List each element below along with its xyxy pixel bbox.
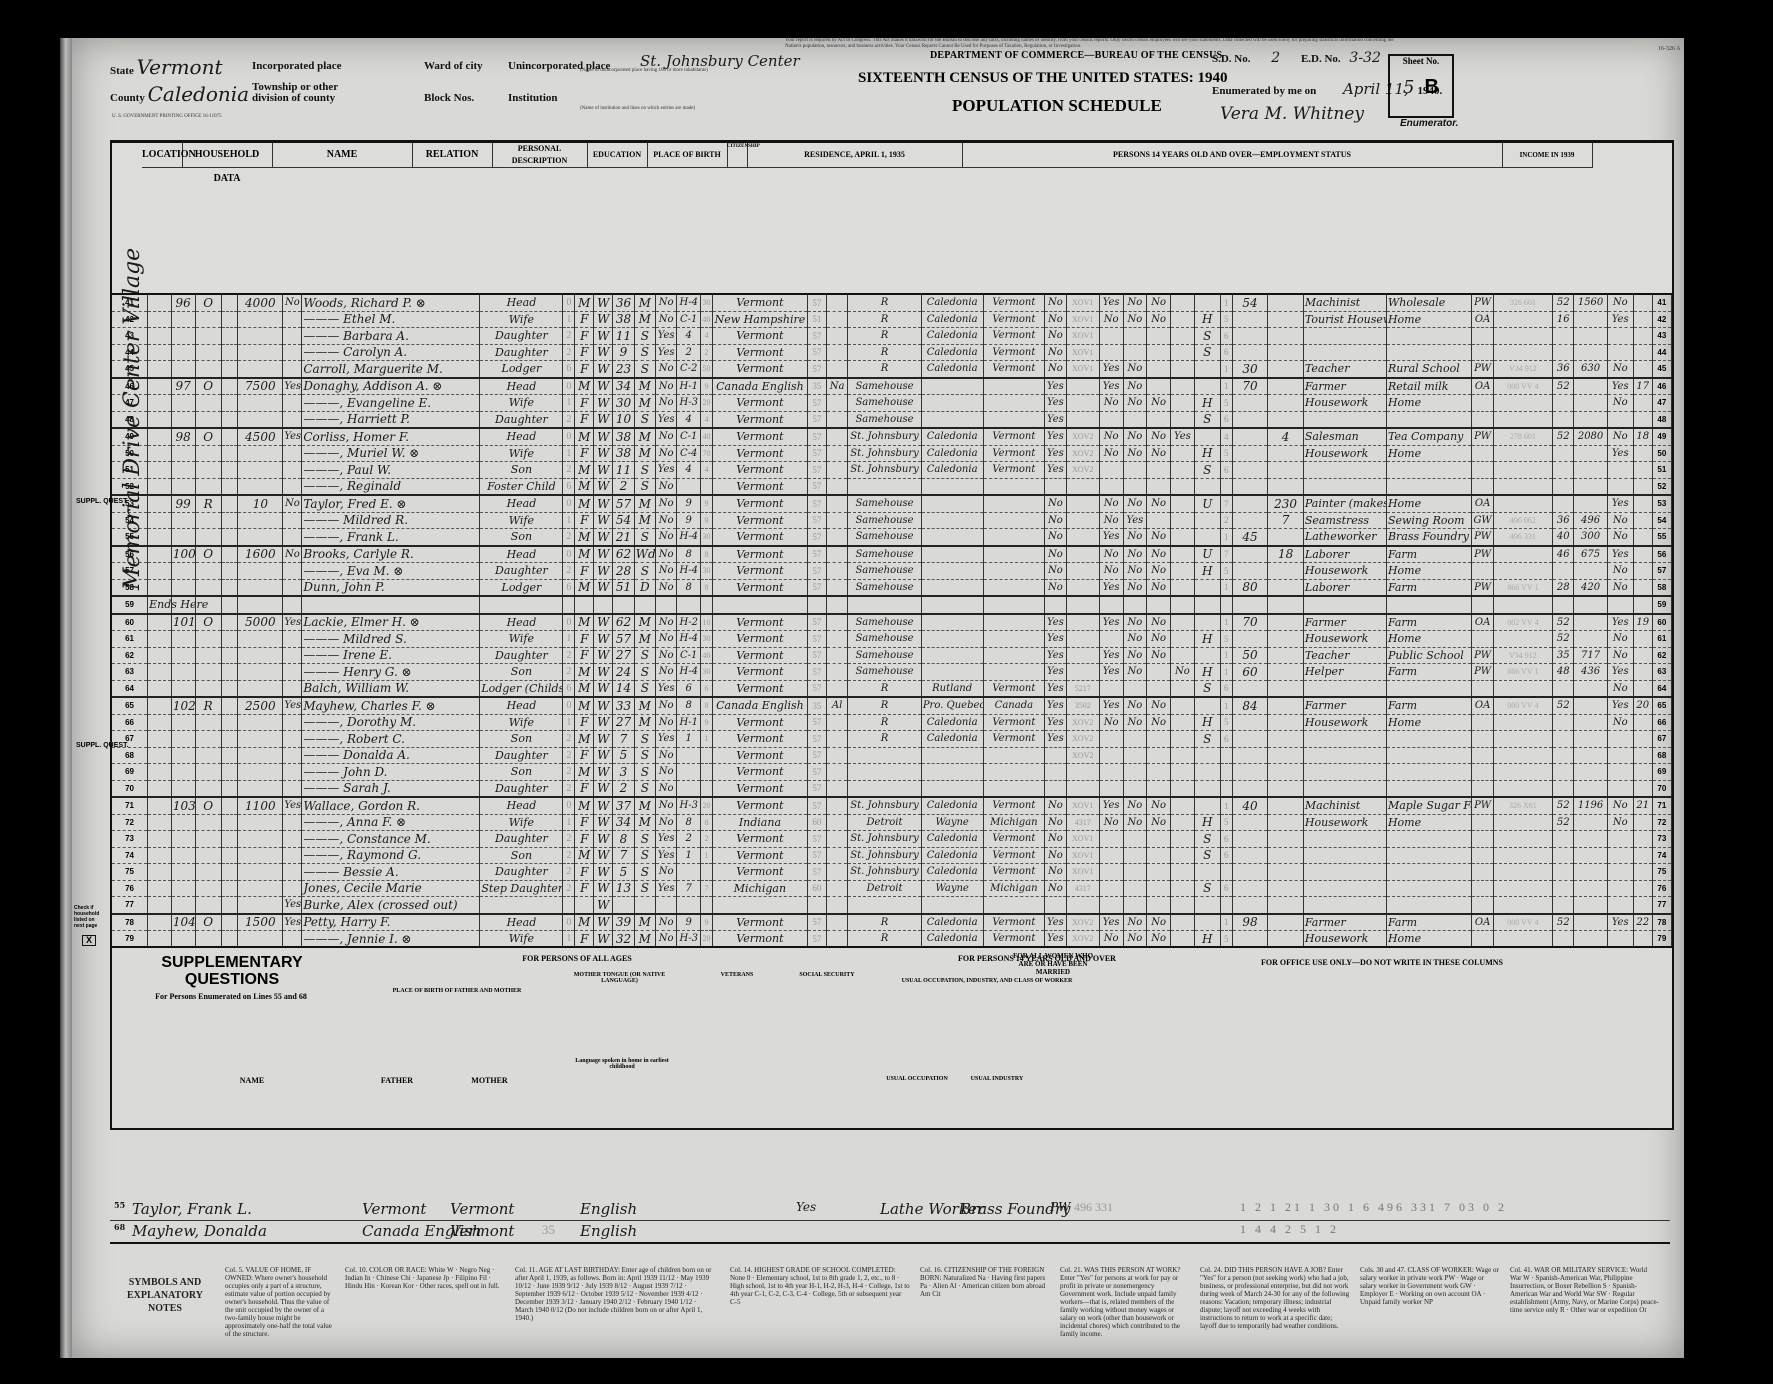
street-cell: [148, 462, 172, 479]
citizenship-cell: [826, 579, 847, 596]
weeks-unemployed-cell: [1268, 411, 1304, 428]
residence-county-cell: [921, 512, 983, 529]
grade-completed-cell: 8: [677, 546, 701, 563]
class-of-worker-cell: [1472, 880, 1493, 897]
had-job-cell: [1171, 764, 1195, 781]
person-name-cell: Corliss, Homer F.: [302, 428, 480, 445]
house-number-cell: [171, 864, 195, 881]
industry-cell: Farm: [1386, 579, 1471, 596]
department-title: DEPARTMENT OF COMMERCE—BUREAU OF THE CEN…: [930, 50, 1222, 61]
grade-completed-cell: [677, 864, 701, 881]
birthplace-code-cell: 57: [807, 731, 826, 748]
industry-cell: Tea Company: [1386, 428, 1471, 445]
unincorporated-note: (Name of unincorporated place having 100…: [580, 68, 708, 74]
grade-completed-cell: H-2: [677, 614, 701, 631]
census-row: 45 Carroll, Marguerite M. Lodger 6 F W 2…: [112, 361, 1672, 378]
at-work-cell: Yes: [1099, 647, 1123, 664]
person-name-cell: ———, Dorothy M.: [302, 714, 480, 731]
person-name-cell: Petty, Harry F.: [302, 914, 480, 931]
sex-cell: F: [575, 344, 594, 361]
education-code-cell: 70: [701, 445, 713, 462]
birthplace-code-cell: 57: [807, 295, 826, 311]
line-number-right: 43: [1652, 328, 1671, 345]
farm-cell: [283, 328, 302, 345]
owned-rented-cell: R: [195, 495, 221, 512]
farm-schedule-cell: [1633, 596, 1652, 614]
relation-code-cell: 0: [563, 797, 575, 814]
activity-cell: [1194, 478, 1220, 495]
at-work-cell: [1099, 344, 1123, 361]
farm-cell: [283, 596, 302, 614]
occupation-cell: Machinist: [1303, 295, 1386, 311]
farm-schedule-cell: [1633, 764, 1652, 781]
class-of-worker-cell: GW: [1472, 512, 1493, 529]
occupation-code-cell: 000 VV 4: [1493, 914, 1552, 931]
sex-cell: M: [575, 664, 594, 681]
weeks-worked-cell: [1553, 747, 1574, 764]
farm-1935-cell: No: [1045, 880, 1066, 897]
residence-county-cell: Wayne: [921, 880, 983, 897]
sex-cell: F: [575, 780, 594, 797]
industry-cell: Farm: [1386, 697, 1471, 714]
owned-rented-cell: [195, 647, 221, 664]
marital-status-cell: S: [634, 361, 655, 378]
note-col30: Cols. 30 and 47. CLASS OF WORKER: Wage o…: [1360, 1266, 1500, 1306]
wages-cell: [1574, 880, 1607, 897]
occupation-cell: Helper: [1303, 664, 1386, 681]
house-number-cell: [171, 579, 195, 596]
residence-state-cell: [983, 478, 1045, 495]
residence-code-cell: XOV2: [1066, 931, 1099, 948]
residence-code-cell: [1066, 495, 1099, 512]
note-col24: Col. 24. DID THIS PERSON HAVE A JOB? Ent…: [1200, 1266, 1350, 1330]
residence-city-cell: Detroit: [848, 814, 922, 831]
relation-cell: Head: [480, 614, 563, 631]
relation-code-cell: 0: [563, 295, 575, 311]
race-cell: W: [594, 914, 613, 931]
grade-completed-cell: C-1: [677, 311, 701, 328]
census-table: 41 96 O 4000 No Woods, Richard P. ⊗ Head…: [112, 295, 1672, 965]
wages-cell: [1574, 714, 1607, 731]
other-income-cell: Yes: [1607, 697, 1633, 714]
industry-cell: Public School: [1386, 647, 1471, 664]
residence-county-cell: Caledonia: [921, 428, 983, 445]
person-name-cell: Carroll, Marguerite M.: [302, 361, 480, 378]
weeks-worked-cell: [1553, 680, 1574, 697]
school-attendance-cell: No: [656, 395, 677, 412]
birthplace-parents-header: PLACE OF BIRTH OF FATHER AND MOTHER: [352, 988, 562, 994]
owned-rented-cell: [195, 478, 221, 495]
occupation-code-cell: [1493, 731, 1552, 748]
weeks-worked-cell: 35: [1553, 647, 1574, 664]
race-cell: W: [594, 831, 613, 848]
had-job-cell: [1171, 478, 1195, 495]
education-code-cell: 9: [701, 378, 713, 395]
street-cell: [148, 428, 172, 445]
line-number-right: 42: [1652, 311, 1671, 328]
age-cell: 13: [613, 880, 634, 897]
farm-schedule-cell: [1633, 462, 1652, 479]
hours-worked-cell: [1232, 814, 1268, 831]
school-attendance-cell: No: [656, 378, 677, 395]
line-number-right: 73: [1652, 831, 1671, 848]
residence-code-cell: 3502: [1066, 697, 1099, 714]
class-of-worker-cell: [1472, 747, 1493, 764]
relation-cell: Head: [480, 428, 563, 445]
race-cell: W: [594, 428, 613, 445]
race-cell: W: [594, 697, 613, 714]
occupation-code-cell: [1493, 780, 1552, 797]
residence-city-cell: Samehouse: [848, 529, 922, 546]
house-number-cell: 98: [171, 428, 195, 445]
birthplace-code-cell: 57: [807, 847, 826, 864]
emergency-work-cell: No: [1123, 664, 1147, 681]
farm-schedule-cell: [1633, 731, 1652, 748]
marital-status-cell: M: [634, 697, 655, 714]
education-code-cell: 40: [701, 647, 713, 664]
emergency-work-cell: [1123, 831, 1147, 848]
school-attendance-cell: No: [656, 714, 677, 731]
citizenship-cell: [826, 411, 847, 428]
had-job-cell: [1171, 596, 1195, 614]
citizenship-cell: [826, 814, 847, 831]
marital-status-cell: M: [634, 395, 655, 412]
grade-completed-cell: 1: [677, 731, 701, 748]
emergency-work-cell: No: [1123, 631, 1147, 648]
farm-1935-cell: Yes: [1045, 931, 1066, 948]
home-value-cell: [238, 596, 283, 614]
residence-code-cell: 4317: [1066, 880, 1099, 897]
education-code-cell: [701, 478, 713, 495]
occupation-code-cell: V34 912: [1493, 361, 1552, 378]
at-work-cell: [1099, 747, 1123, 764]
birthplace-code-cell: [807, 897, 826, 914]
residence-state-cell: [983, 378, 1045, 395]
weeks-worked-cell: 52: [1553, 614, 1574, 631]
relation-code-cell: 2: [563, 780, 575, 797]
emergency-work-cell: No: [1123, 311, 1147, 328]
home-value-cell: [238, 529, 283, 546]
census-row: 55 ———, Frank L. Son 2 M W 21 S No H-4 3…: [112, 529, 1672, 546]
had-job-cell: [1171, 714, 1195, 731]
street-cell: [148, 764, 172, 781]
farm-1935-cell: Yes: [1045, 428, 1066, 445]
sex-cell: F: [575, 747, 594, 764]
emergency-work-cell: [1123, 864, 1147, 881]
occupation-code-cell: [1493, 395, 1552, 412]
supp-col-name: NAME: [162, 1076, 342, 1085]
residence-code-cell: [1066, 563, 1099, 580]
street-cell: Ends Here: [148, 596, 172, 614]
birthplace-code-cell: 57: [807, 361, 826, 378]
age-cell: 33: [613, 697, 634, 714]
residence-county-cell: [921, 780, 983, 797]
race-cell: W: [594, 797, 613, 814]
wages-cell: [1574, 764, 1607, 781]
residence-code-cell: [1066, 478, 1099, 495]
residence-state-cell: Vermont: [983, 847, 1045, 864]
other-income-cell: No: [1607, 428, 1633, 445]
activity-cell: H: [1194, 445, 1220, 462]
residence-state-cell: [983, 631, 1045, 648]
activity-code-cell: 6: [1220, 680, 1232, 697]
farm-schedule-cell: [1633, 579, 1652, 596]
at-work-cell: No: [1099, 814, 1123, 831]
hours-worked-cell: [1232, 428, 1268, 445]
birthplace-cell: Vermont: [712, 747, 807, 764]
other-income-cell: [1607, 880, 1633, 897]
activity-code-cell: 6: [1220, 462, 1232, 479]
school-attendance-cell: No: [656, 478, 677, 495]
farm-cell: [283, 714, 302, 731]
person-name-cell: ——— Barbara A.: [302, 328, 480, 345]
farm-1935-cell: No: [1045, 847, 1066, 864]
person-name-cell: ———, Harriett P.: [302, 411, 480, 428]
sex-cell: M: [575, 680, 594, 697]
line-number-right: 76: [1652, 880, 1671, 897]
citizenship-cell: [826, 563, 847, 580]
sex-cell: M: [575, 295, 594, 311]
line-number: 59: [112, 596, 148, 614]
farm-1935-cell: Yes: [1045, 445, 1066, 462]
line-number-right: 57: [1652, 563, 1671, 580]
at-work-cell: [1099, 880, 1123, 897]
sex-cell: F: [575, 445, 594, 462]
had-job-cell: [1171, 378, 1195, 395]
person-name-cell: ———, Paul W.: [302, 462, 480, 479]
person-name-cell: ———, Eva M. ⊗: [302, 563, 480, 580]
person-name-cell: Dunn, John P.: [302, 579, 480, 596]
school-attendance-cell: Yes: [656, 411, 677, 428]
line-number-right: 51: [1652, 462, 1671, 479]
farm-cell: Yes: [283, 428, 302, 445]
education-code-cell: 4: [701, 411, 713, 428]
note-col10: Col. 10. COLOR OR RACE: White W · Negro …: [345, 1266, 505, 1290]
emergency-work-cell: [1123, 747, 1147, 764]
house-number-cell: [171, 897, 195, 914]
farm-1935-cell: No: [1045, 579, 1066, 596]
farm-cell: Yes: [283, 697, 302, 714]
seeking-work-cell: No: [1147, 631, 1171, 648]
age-cell: 54: [613, 512, 634, 529]
farm-schedule-cell: 17: [1633, 378, 1652, 395]
emergency-work-cell: No: [1123, 563, 1147, 580]
birthplace-code-cell: 57: [807, 647, 826, 664]
occupation-cell: [1303, 596, 1386, 614]
education-code-cell: [701, 780, 713, 797]
emergency-work-cell: [1123, 764, 1147, 781]
check-household-box[interactable]: X: [82, 935, 96, 946]
seeking-work-cell: No: [1147, 914, 1171, 931]
emergency-work-cell: [1123, 880, 1147, 897]
occupation-cell: Housework: [1303, 814, 1386, 831]
census-row: 59 Ends Here: [112, 596, 1672, 614]
weeks-worked-cell: [1553, 445, 1574, 462]
at-work-cell: Yes: [1099, 797, 1123, 814]
residence-county-cell: [921, 647, 983, 664]
street-cell: [148, 814, 172, 831]
class-of-worker-cell: [1472, 328, 1493, 345]
census-row: 68 ——— Donalda A. Daughter 2 F W 5 S No …: [112, 747, 1672, 764]
residence-state-cell: Vermont: [983, 328, 1045, 345]
street-cell: [148, 495, 172, 512]
home-value-cell: [238, 897, 283, 914]
industry-cell: Home: [1386, 445, 1471, 462]
note-col21: Col. 21. WAS THIS PERSON AT WORK? Enter …: [1060, 1266, 1190, 1338]
class-of-worker-cell: OA: [1472, 311, 1493, 328]
residence-code-cell: XOV1: [1066, 328, 1099, 345]
occupation-cell: [1303, 328, 1386, 345]
occupation-code-cell: 000 VV 4: [1493, 697, 1552, 714]
house-number-cell: 99: [171, 495, 195, 512]
wages-cell: [1574, 378, 1607, 395]
farm-schedule-cell: [1633, 864, 1652, 881]
grade-completed-cell: 4: [677, 411, 701, 428]
census-row: 64 Balch, William W. Lodger (Childs Aid)…: [112, 680, 1672, 697]
marital-status-cell: M: [634, 295, 655, 311]
street-cell: [148, 395, 172, 412]
activity-cell: [1194, 914, 1220, 931]
home-value-cell: [238, 864, 283, 881]
wages-cell: [1574, 311, 1607, 328]
line-number: 77: [112, 897, 148, 914]
occupation-cell: Laborer: [1303, 579, 1386, 596]
birthplace-code-cell: 57: [807, 664, 826, 681]
line-number: 75: [112, 864, 148, 881]
race-cell: W: [594, 495, 613, 512]
seeking-work-cell: [1147, 897, 1171, 914]
emergency-work-cell: [1123, 780, 1147, 797]
line-number-right: 70: [1652, 780, 1671, 797]
grade-completed-cell: H-4: [677, 295, 701, 311]
relation-cell: Lodger: [480, 579, 563, 596]
wages-cell: [1574, 445, 1607, 462]
relation-cell: Head: [480, 495, 563, 512]
farm-cell: No: [283, 495, 302, 512]
education-code-cell: 2: [701, 831, 713, 848]
weeks-worked-cell: [1553, 897, 1574, 914]
census-row: 79 ———, Jennie I. ⊗ Wife 1 F W 32 M No H…: [112, 931, 1672, 948]
industry-cell: Maple Sugar Factory: [1386, 797, 1471, 814]
relation-code-cell: 2: [563, 344, 575, 361]
farm-1935-cell: Yes: [1045, 647, 1066, 664]
home-value-cell: [238, 747, 283, 764]
incorporated-place-label: Incorporated place: [252, 60, 342, 72]
birthplace-code-cell: 57: [807, 680, 826, 697]
activity-cell: [1194, 579, 1220, 596]
owned-rented-cell: [195, 880, 221, 897]
hours-worked-cell: [1232, 445, 1268, 462]
relation-code-cell: 2: [563, 462, 575, 479]
hours-worked-cell: 60: [1232, 664, 1268, 681]
residence-county-cell: Caledonia: [921, 361, 983, 378]
farm-cell: [283, 680, 302, 697]
relation-cell: Son: [480, 529, 563, 546]
supp-line-number: 55: [114, 1200, 125, 1210]
street-cell: [148, 344, 172, 361]
line-number-right: 61: [1652, 631, 1671, 648]
weeks-unemployed-cell: 7: [1268, 512, 1304, 529]
residence-county-cell: Caledonia: [921, 328, 983, 345]
emergency-work-cell: [1123, 478, 1147, 495]
weeks-worked-cell: [1553, 328, 1574, 345]
line-number-right: 55: [1652, 529, 1671, 546]
relation-code-cell: 1: [563, 631, 575, 648]
other-income-cell: [1607, 931, 1633, 948]
residence-city-cell: Samehouse: [848, 647, 922, 664]
school-attendance-cell: Yes: [656, 731, 677, 748]
education-code-cell: 8: [701, 814, 713, 831]
line-number-right: 75: [1652, 864, 1671, 881]
residence-state-cell: Vermont: [983, 714, 1045, 731]
school-attendance-cell: No: [656, 563, 677, 580]
line-number-right: 58: [1652, 579, 1671, 596]
activity-cell: S: [1194, 680, 1220, 697]
marital-status-cell: M: [634, 614, 655, 631]
class-of-worker-cell: [1472, 931, 1493, 948]
wages-cell: [1574, 328, 1607, 345]
had-job-cell: [1171, 797, 1195, 814]
sex-cell: M: [575, 731, 594, 748]
residence-code-cell: [1066, 780, 1099, 797]
race-cell: W: [594, 478, 613, 495]
wages-cell: [1574, 563, 1607, 580]
age-cell: 11: [613, 328, 634, 345]
birthplace-cell: Vermont: [712, 914, 807, 931]
person-name-cell: ———, Reginald: [302, 478, 480, 495]
social-security-header: SOCIAL SECURITY: [782, 972, 872, 978]
at-work-cell: No: [1099, 495, 1123, 512]
residence-code-cell: [1066, 579, 1099, 596]
birthplace-cell: Vermont: [712, 428, 807, 445]
street-cell: [148, 478, 172, 495]
marital-status-cell: M: [634, 428, 655, 445]
hours-worked-cell: [1232, 631, 1268, 648]
street-cell: [148, 328, 172, 345]
home-value-cell: [238, 847, 283, 864]
occupation-code-cell: [1493, 546, 1552, 563]
relation-cell: Daughter: [480, 411, 563, 428]
owned-rented-cell: [195, 631, 221, 648]
relation-code-cell: 0: [563, 495, 575, 512]
weeks-unemployed-cell: [1268, 579, 1304, 596]
race-cell: W: [594, 880, 613, 897]
race-cell: W: [594, 897, 613, 914]
weeks-worked-cell: 52: [1553, 697, 1574, 714]
occupation-code-cell: [1493, 931, 1552, 948]
supp-col-father: FATHER: [352, 1076, 442, 1085]
school-attendance-cell: No: [656, 814, 677, 831]
birthplace-cell: Canada English: [712, 697, 807, 714]
owned-rented-cell: O: [195, 428, 221, 445]
occupation-code-cell: [1493, 478, 1552, 495]
weeks-unemployed-cell: [1268, 731, 1304, 748]
school-attendance-cell: No: [656, 864, 677, 881]
citizenship-cell: [826, 462, 847, 479]
owned-rented-cell: O: [195, 295, 221, 311]
house-number-cell: [171, 395, 195, 412]
supp-quest-marker-55: SUPPL. QUEST.: [76, 498, 129, 505]
farm-1935-cell: No: [1045, 328, 1066, 345]
residence-city-cell: Samehouse: [848, 563, 922, 580]
residence-state-cell: Vermont: [983, 295, 1045, 311]
residence-county-cell: [921, 631, 983, 648]
section-income-1939: INCOME IN 1939: [1502, 143, 1593, 168]
citizenship-cell: [826, 361, 847, 378]
weeks-unemployed-cell: [1268, 445, 1304, 462]
grade-completed-cell: C-2: [677, 361, 701, 378]
relation-cell: Foster Child: [480, 478, 563, 495]
